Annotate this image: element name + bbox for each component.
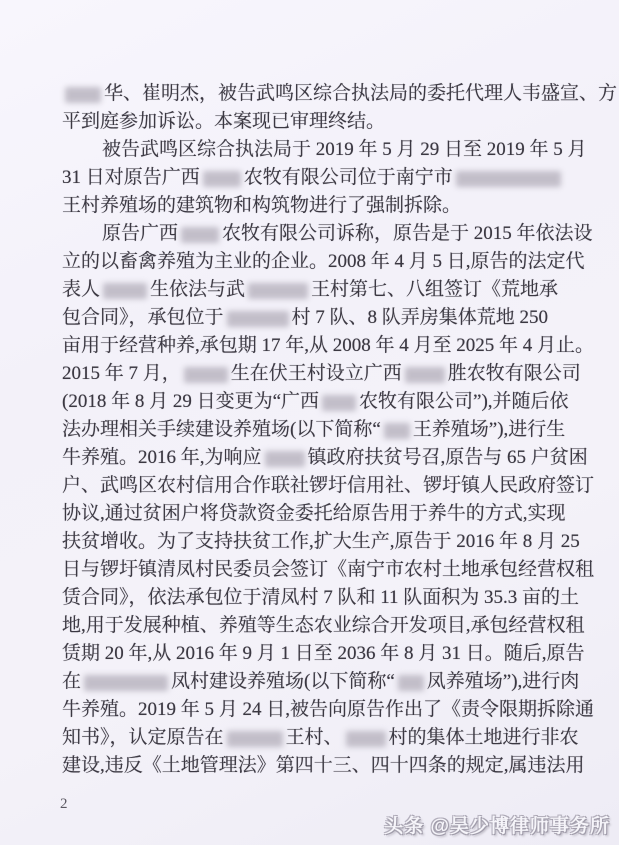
document-text: 亩用于经营种养,承包期 17 年,从 2008 年 4 月至 2025 年 4 …: [62, 335, 594, 356]
redacted-text: [398, 675, 424, 691]
document-line: 被告武鸣区综合执法局于 2019 年 5 月 29 日至 2019 年 5 月: [62, 136, 562, 164]
redacted-text: [227, 731, 283, 747]
document-text: 包合同》，承包位于: [62, 307, 224, 328]
document-line: 牛养殖。2016 年,为响应镇政府扶贫号召,原告与 65 户贫困: [62, 444, 562, 472]
document-text: 华、崔明杰，被告武鸣区综合执法局的委托代理人韦盛宣、方: [104, 83, 617, 104]
document-text: 知书》，认定原告在: [62, 727, 224, 748]
document-text: 农牧有限公司位于南宁市: [244, 167, 453, 188]
redacted-text: [84, 675, 168, 691]
document-text: 村的集体土地进行非农: [389, 727, 579, 748]
redacted-text: [265, 451, 305, 467]
document-line: 原告广西农牧有限公司诉称，原告是于 2015 年依法设: [62, 220, 562, 248]
document-text: 2015 年 7 月，: [62, 363, 181, 384]
document-line: 包合同》，承包位于村 7 队、8 队弄房集体荒地 250: [62, 304, 562, 332]
document-line: 31 日对原告广西农牧有限公司位于南宁市: [62, 164, 562, 192]
document-line: 赁合同》，依法承包位于清凤村 7 队和 11 队面积为 35.3 亩的土: [62, 584, 562, 612]
document-text: 赁合同》，依法承包位于清凤村 7 队和 11 队面积为 35.3 亩的土: [62, 587, 579, 608]
document-text: 凤养殖场”),进行肉: [427, 671, 580, 692]
document-text: 生依法与武: [150, 279, 245, 300]
document-text: 建设,违反《土地管理法》第四十三、四十四条的规定,属违法用: [62, 755, 585, 776]
document-line: 户、武鸣区农村信用合作联社锣圩信用社、锣圩镇人民政府签订: [62, 472, 562, 500]
redacted-text: [405, 367, 445, 383]
redacted-text: [203, 171, 241, 187]
document-text: 王村养殖场的建筑物和构筑物进行了强制拆除。: [62, 195, 461, 216]
document-text: 农牧有限公司”),并随后依: [359, 391, 569, 412]
document-text: 表人: [62, 279, 100, 300]
document-text: 平到庭参加诉讼。本案现已审理终结。: [62, 111, 385, 132]
document-text: 镇政府扶贫号召,原告与 65 户贫困: [308, 447, 588, 468]
document-text: 赁期 20 年,从 2016 年 9 月 1 日至 2036 年 8 月 31 …: [62, 643, 585, 664]
document-text: 扶贫增收。为了支持扶贫工作,扩大生产,原告于 2016 年 8 月 25: [62, 531, 580, 552]
redacted-text: [181, 227, 219, 243]
watermark: 头条 @吴少博律师事务所: [384, 811, 610, 838]
redacted-text: [248, 283, 308, 299]
document-text: (2018 年 8 月 29 日变更为“广西: [62, 391, 319, 412]
document-line: 协议,通过贫困户将贷款资金委托给原告用于养牛的方式,实现: [62, 500, 562, 528]
document-text: 牛养殖。2016 年,为响应: [62, 447, 262, 468]
redacted-text: [456, 171, 561, 187]
redacted-text: [346, 731, 386, 747]
document-text: 法办理相关手续建设养殖场(以下简称“: [62, 419, 381, 440]
redacted-text: [103, 283, 147, 299]
document-line: 赁期 20 年,从 2016 年 9 月 1 日至 2036 年 8 月 31 …: [62, 640, 562, 668]
document-line: 华、崔明杰，被告武鸣区综合执法局的委托代理人韦盛宣、方: [62, 80, 562, 108]
document-text: 协议,通过贫困户将贷款资金委托给原告用于养牛的方式,实现: [62, 503, 566, 524]
document-body: 华、崔明杰，被告武鸣区综合执法局的委托代理人韦盛宣、方平到庭参加诉讼。本案现已审…: [62, 80, 562, 780]
document-text: 在: [62, 671, 81, 692]
document-line: 法办理相关手续建设养殖场(以下简称“王养殖场”),进行生: [62, 416, 562, 444]
document-line: 知书》，认定原告在王村、村的集体土地进行非农: [62, 724, 562, 752]
document-text: 王养殖场”),进行生: [413, 419, 566, 440]
document-text: 原告广西: [102, 223, 178, 244]
document-text: 牛养殖。2019 年 5 月 24 日,被告向原告作出了《责令限期拆除通: [62, 699, 594, 720]
document-line: 亩用于经营种养,承包期 17 年,从 2008 年 4 月至 2025 年 4 …: [62, 332, 562, 360]
document-line: 日与锣圩镇清凤村民委员会签订《南宁市农村土地承包经营权租: [62, 556, 562, 584]
document-line: 扶贫增收。为了支持扶贫工作,扩大生产,原告于 2016 年 8 月 25: [62, 528, 562, 556]
redacted-text: [384, 423, 410, 439]
document-line: 王村养殖场的建筑物和构筑物进行了强制拆除。: [62, 192, 562, 220]
document-text: 日与锣圩镇清凤村民委员会签订《南宁市农村土地承包经营权租: [62, 559, 594, 580]
document-text: 农牧有限公司诉称，原告是于 2015 年依法设: [222, 223, 593, 244]
document-line: 建设,违反《土地管理法》第四十三、四十四条的规定,属违法用: [62, 752, 562, 780]
redacted-text: [322, 395, 356, 411]
document-line: 平到庭参加诉讼。本案现已审理终结。: [62, 108, 562, 136]
document-text: 王村第七、八组签订《荒地承: [311, 279, 558, 300]
document-line: 立的以畜禽养殖为主业的企业。2008 年 4 月 5 日,原告的法定代: [62, 248, 562, 276]
document-text: 生在伏王村设立广西: [231, 363, 402, 384]
document-line: 2015 年 7 月，生在伏王村设立广西胜农牧有限公司: [62, 360, 562, 388]
document-line: 地,用于发展种植、养殖等生态农业综合开发项目,承包经营权租: [62, 612, 562, 640]
document-line: 牛养殖。2019 年 5 月 24 日,被告向原告作出了《责令限期拆除通: [62, 696, 562, 724]
redacted-text: [65, 87, 101, 103]
page-number: 2: [60, 796, 68, 813]
document-text: 胜农牧有限公司: [448, 363, 581, 384]
document-line: (2018 年 8 月 29 日变更为“广西农牧有限公司”),并随后依: [62, 388, 562, 416]
redacted-text: [184, 367, 228, 383]
document-text: 户、武鸣区农村信用合作联社锣圩信用社、锣圩镇人民政府签订: [62, 475, 594, 496]
document-line: 在凤村建设养殖场(以下简称“凤养殖场”),进行肉: [62, 668, 562, 696]
document-text: 地,用于发展种植、养殖等生态农业综合开发项目,承包经营权租: [62, 615, 585, 636]
document-text: 被告武鸣区综合执法局于 2019 年 5 月 29 日至 2019 年 5 月: [102, 139, 587, 160]
document-text: 村 7 队、8 队弄房集体荒地 250: [292, 307, 549, 328]
document-text: 立的以畜禽养殖为主业的企业。2008 年 4 月 5 日,原告的法定代: [62, 251, 585, 272]
document-line: 表人生依法与武王村第七、八组签订《荒地承: [62, 276, 562, 304]
document-text: 凤村建设养殖场(以下简称“: [171, 671, 395, 692]
redacted-text: [227, 311, 289, 327]
document-text: 王村、: [286, 727, 343, 748]
scanned-document-page: 华、崔明杰，被告武鸣区综合执法局的委托代理人韦盛宣、方平到庭参加诉讼。本案现已审…: [0, 0, 619, 845]
document-text: 31 日对原告广西: [62, 167, 200, 188]
